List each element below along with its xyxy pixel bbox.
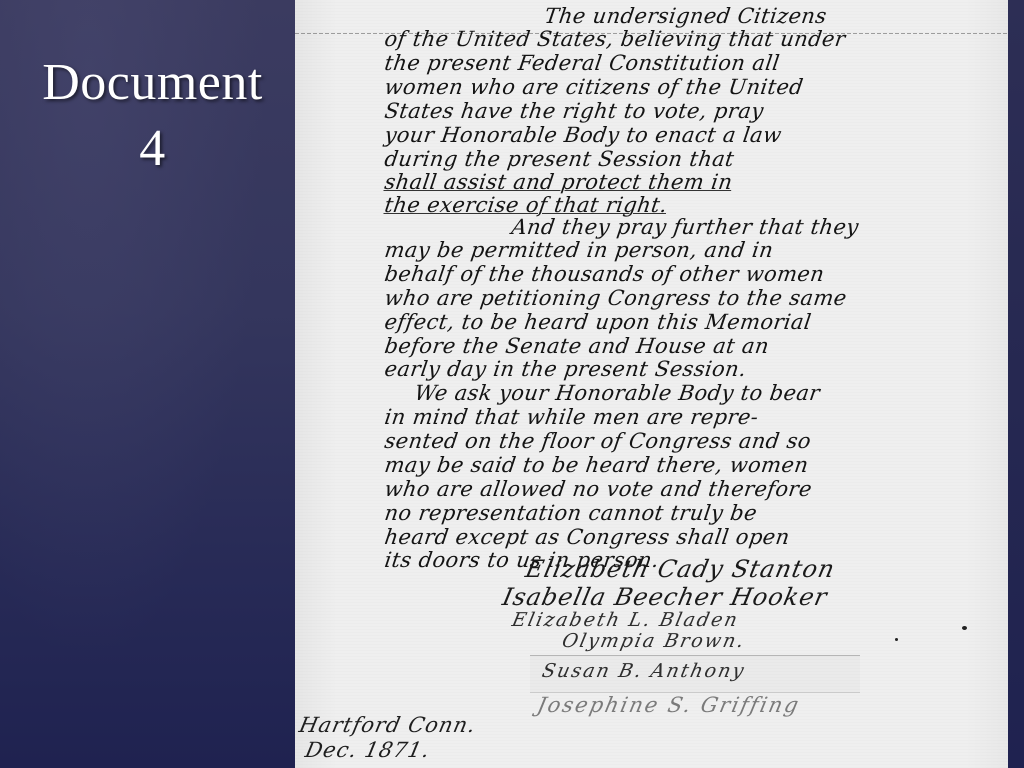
right-margin-strip (1008, 0, 1024, 768)
petition-line: sented on the floor of Congress and so (383, 429, 813, 453)
signature: Olympia Brown. (560, 630, 748, 652)
petition-line: women who are citizens of the United (383, 75, 805, 99)
petition-line: who are allowed no vote and therefore (383, 477, 814, 501)
petition-line: effect, to be heard upon this Memorial (383, 310, 813, 334)
signature: Elizabeth Cady Stanton (523, 555, 838, 583)
petition-line: the exercise of that right. (383, 193, 669, 217)
petition-line: States have the right to vote, pray (383, 99, 765, 123)
petition-line: And they pray further that they (510, 215, 860, 239)
petition-line: may be permitted in person, and in (383, 238, 775, 262)
signature: Isabella Beecher Hooker (500, 583, 830, 611)
petition-line: during the present Session that (383, 147, 736, 171)
date-written: Dec. 1871. (303, 738, 433, 762)
slide-title: Document 4 (0, 50, 305, 182)
petition-line: your Honorable Body to enact a law (383, 123, 783, 147)
petition-line: before the Senate and House at an (383, 334, 771, 358)
petition-line: in mind that while men are repre- (383, 405, 760, 429)
petition-line: behalf of the thousands of other women (383, 262, 826, 286)
petition-line: heard except as Congress shall open (383, 525, 791, 549)
petition-line: We ask your Honorable Body to bear (413, 381, 822, 405)
slide-title-line-2: 4 (0, 116, 305, 182)
petition-line: shall assist and protect them in (383, 170, 734, 194)
petition-line: the present Federal Constitution all (383, 51, 781, 75)
petition-line: early day in the present Session. (383, 357, 748, 381)
document-scan-image: The undersigned Citizens of the United S… (295, 0, 1008, 768)
signature: Elizabeth L. Bladen (510, 609, 741, 631)
signature: Josephine S. Griffing (535, 693, 802, 717)
signature: Susan B. Anthony (540, 660, 748, 682)
petition-line: of the United States, believing that und… (383, 27, 847, 51)
petition-line: may be said to be heard there, women (383, 453, 810, 477)
petition-line: The undersigned Citizens (543, 4, 828, 28)
petition-line: no representation cannot truly be (383, 501, 759, 525)
slide: Document 4 The undersigned Citizens of t… (0, 0, 1024, 768)
place-written: Hartford Conn. (297, 713, 478, 737)
petition-line: who are petitioning Congress to the same (383, 286, 848, 310)
slide-title-line-1: Document (0, 50, 305, 116)
ink-speck (895, 638, 898, 641)
ink-speck (962, 626, 967, 630)
